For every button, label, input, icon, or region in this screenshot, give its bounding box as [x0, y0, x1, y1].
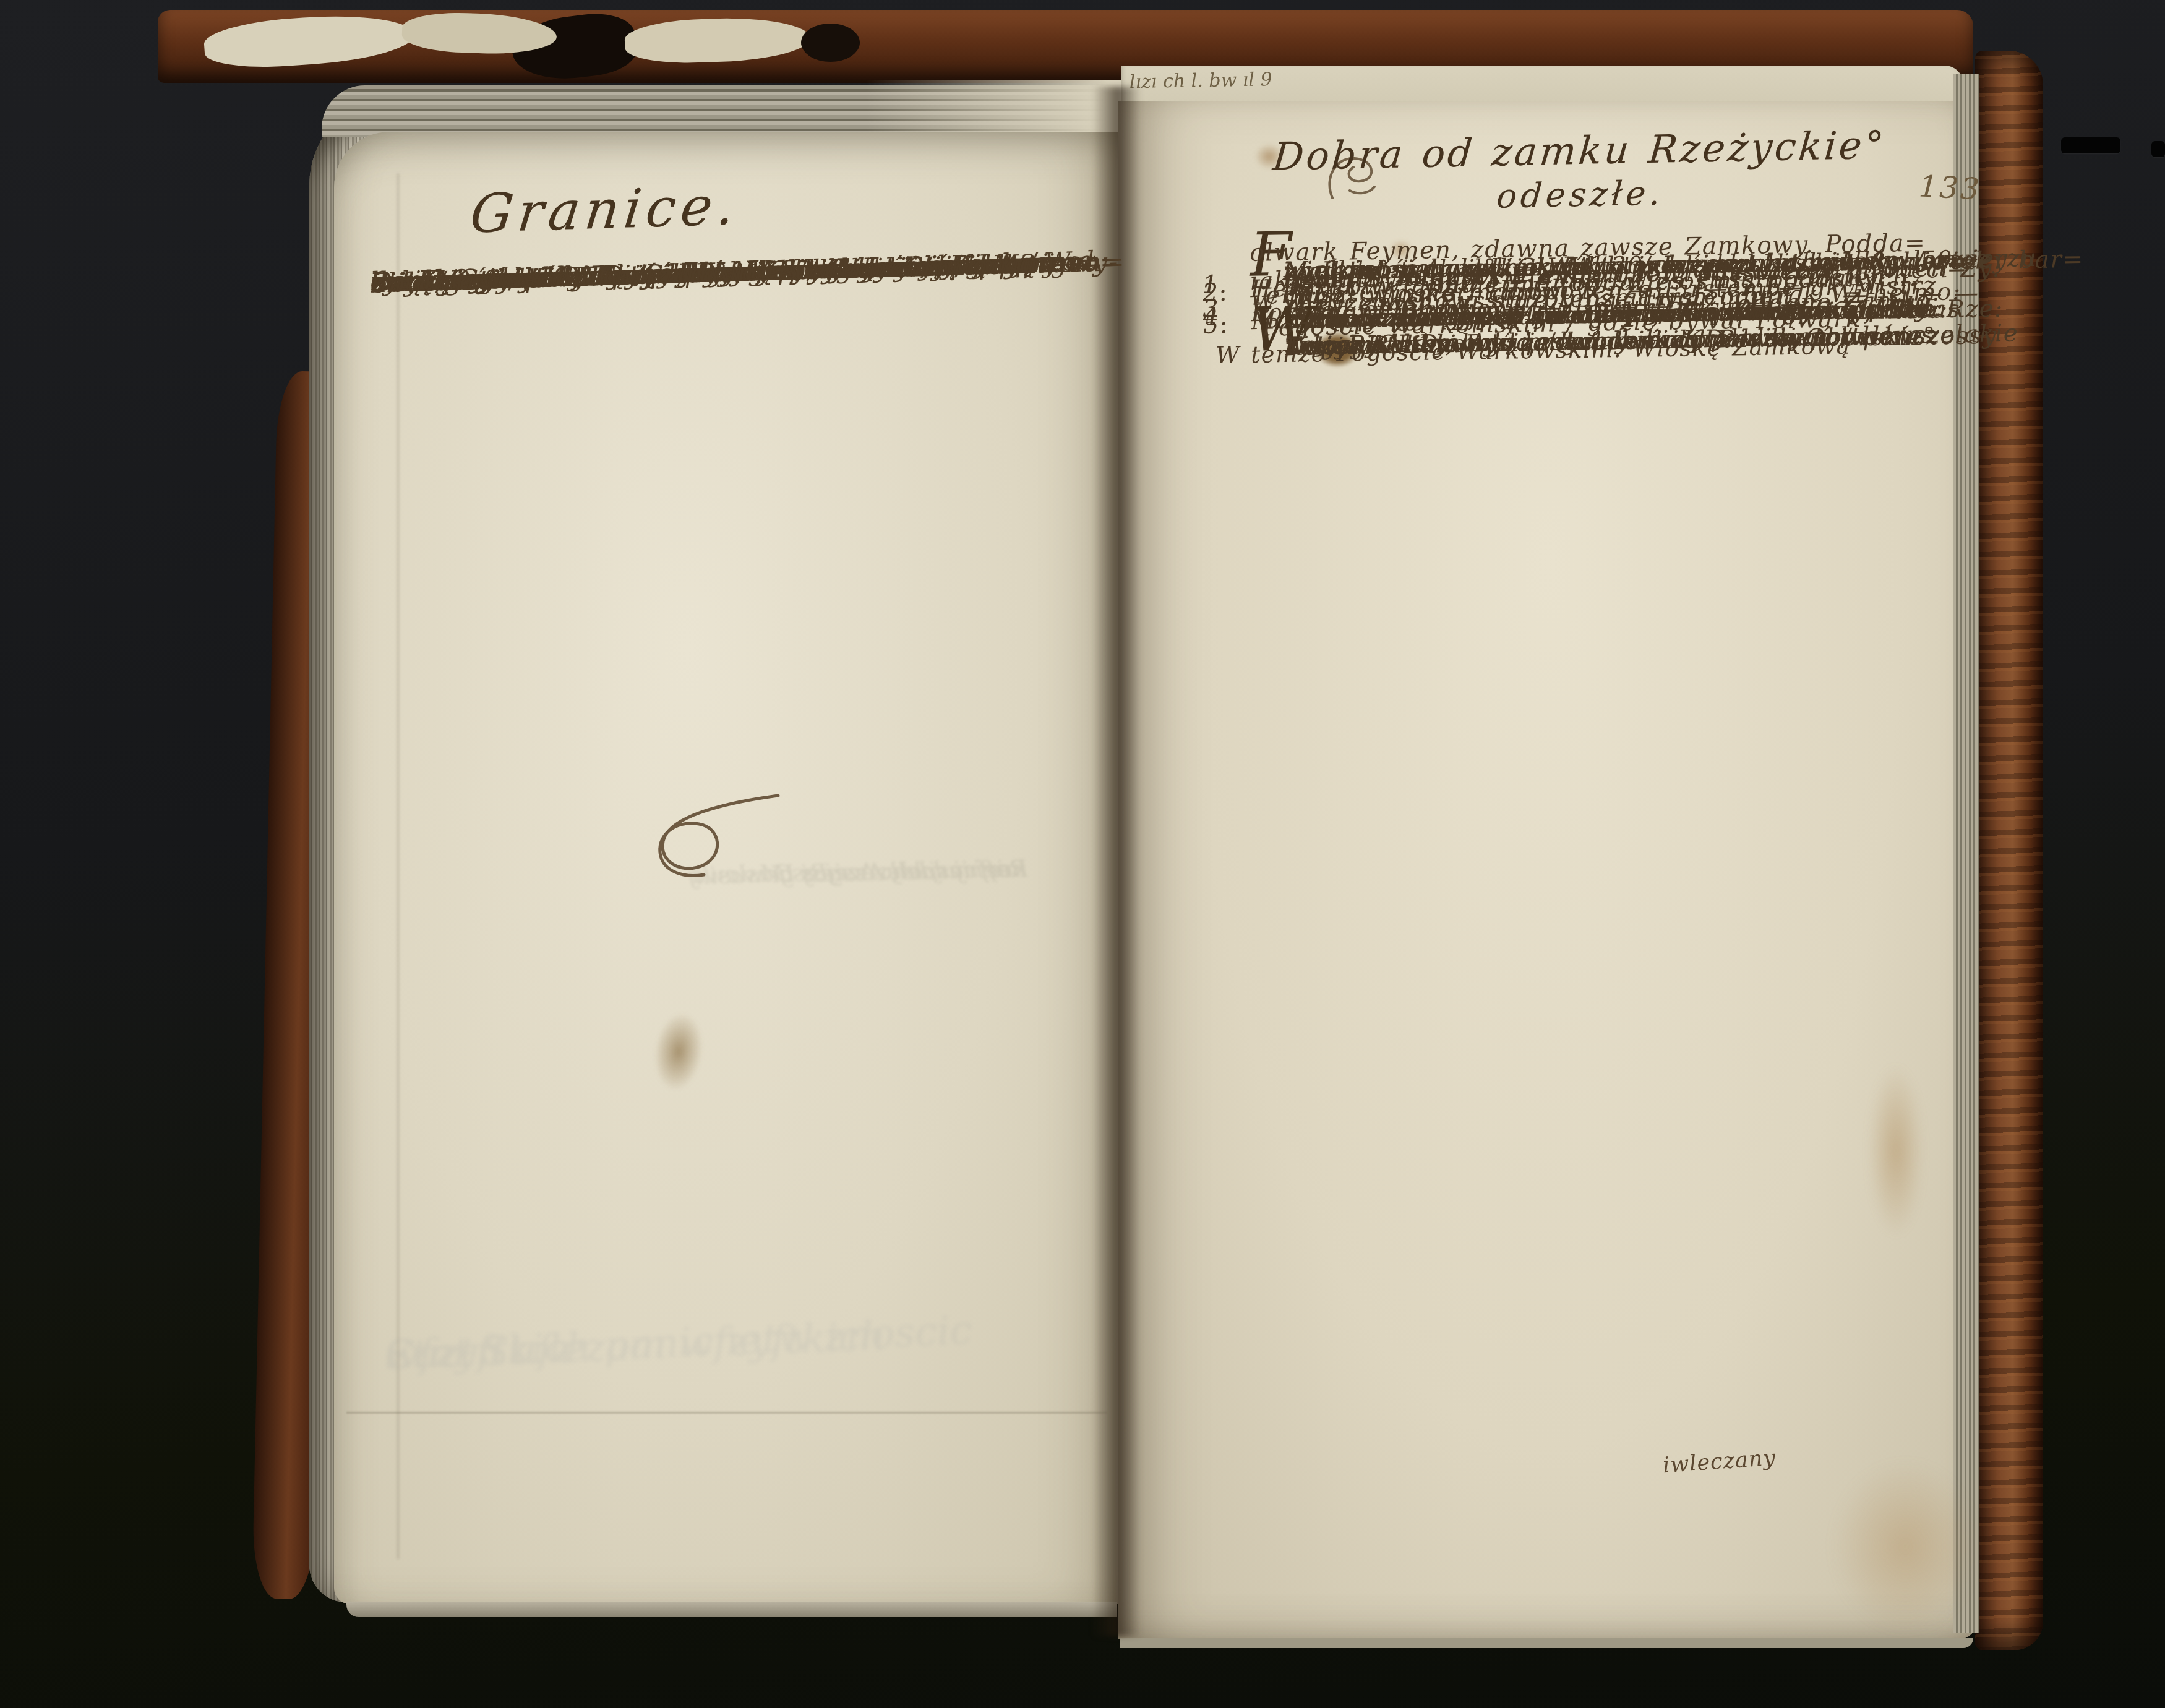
cradle-slot [2151, 141, 2165, 157]
bottom-leaf-edges-right [1120, 1638, 1973, 1648]
corner-stain [1831, 1460, 1979, 1633]
ledger-entry: Folwark Feymen, zdawna zawsze Zamkowy. P… [1250, 226, 1951, 258]
binding-tear-gap [801, 24, 860, 62]
manuscript-photo: lızı ch l. bw ıl 9 Roſt ij rałecz ragos … [0, 0, 2165, 1708]
left-page-body: Od Lucyńskiey Granice do Ośmieyskiey rze… [370, 244, 1099, 267]
folio-number: 133 [1918, 169, 1982, 207]
margin-stain [1868, 1064, 1924, 1237]
cradle-slot [2061, 137, 2120, 153]
clipped-edge-annotation: lızı ch l. bw ıl 9 [1130, 67, 1359, 100]
entry-number: 5. [1203, 309, 1228, 341]
right-page-text: Dobra od zamku Rzeżyckie° odeszłe. Folwa… [1209, 121, 1953, 350]
paper-crease [346, 1412, 1107, 1414]
end-flourish-icon [631, 784, 792, 883]
book-cover-edge-right [1975, 51, 2043, 1650]
ledger-entries: Folwark Feymen, zdawna zawsze Zamkowy. P… [1250, 226, 1953, 341]
bottom-leaf-edges-left [346, 1602, 1117, 1617]
gutter-shadow [1092, 87, 1141, 1636]
